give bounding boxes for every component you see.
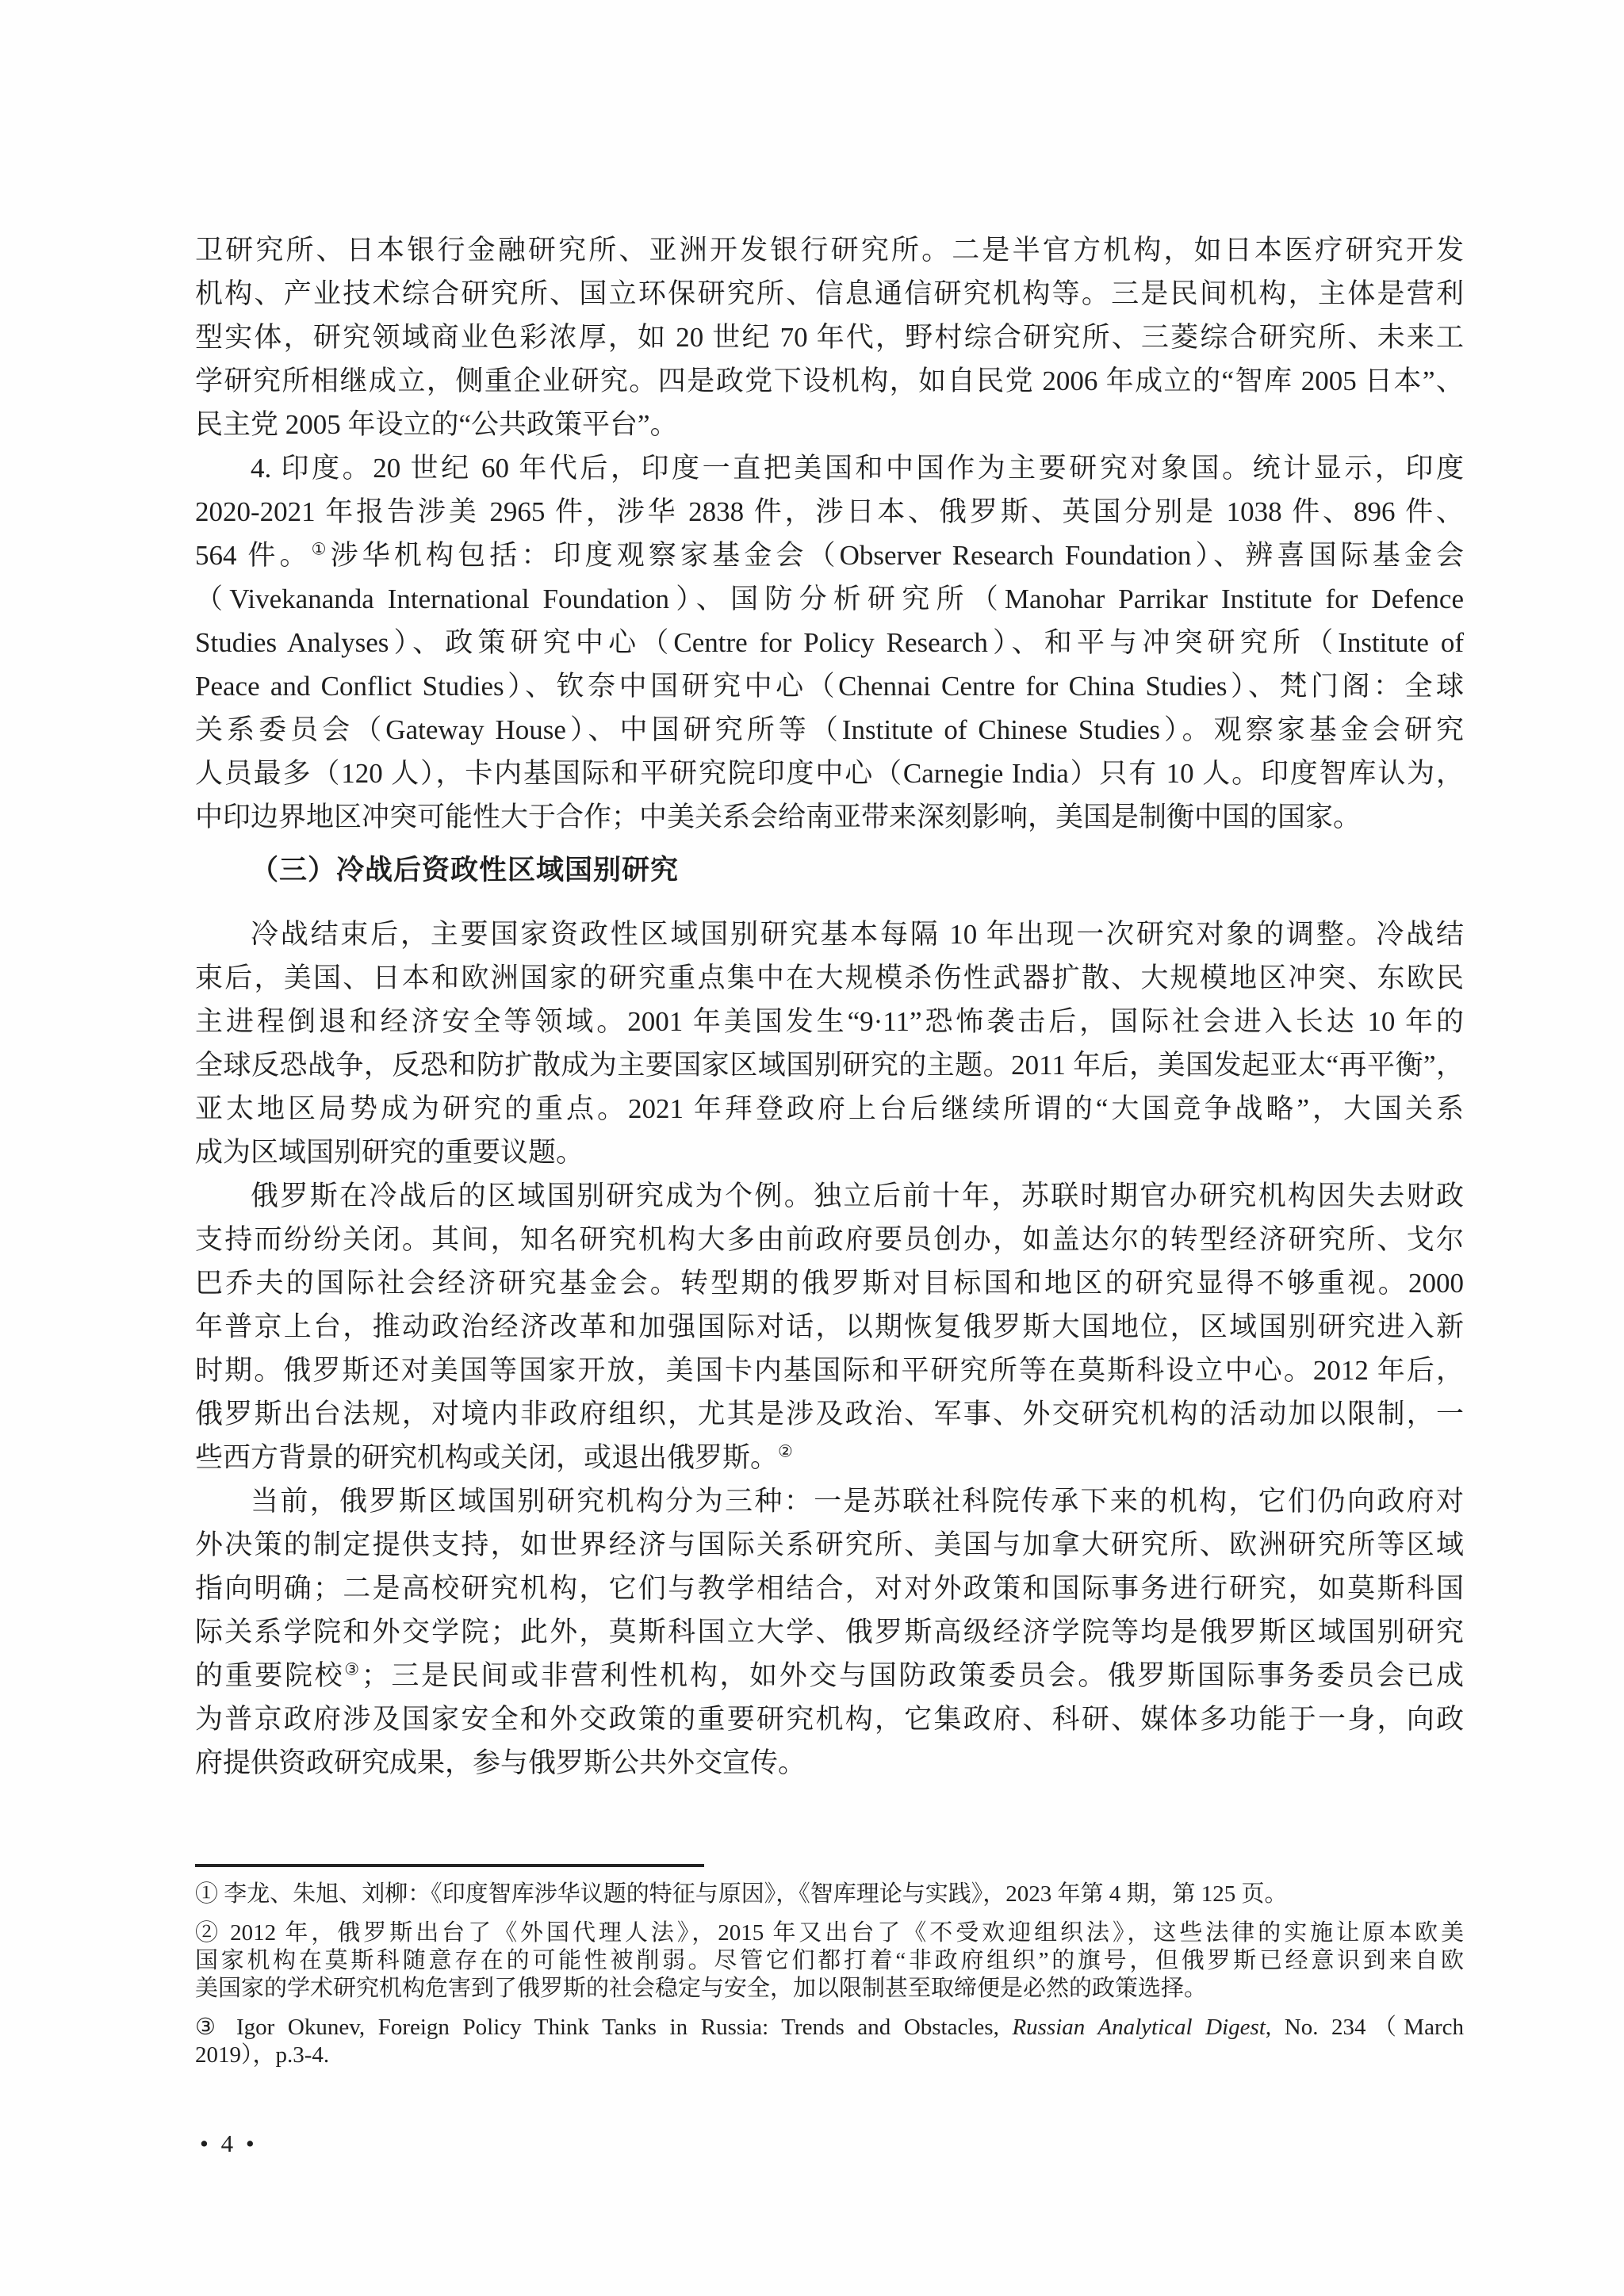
body-line: 564 件。①涉华机构包括：印度观察家基金会（Observer Research… bbox=[195, 534, 1464, 577]
body-text: 卫研究所、日本银行金融研究所、亚洲开发银行研究所。二是半官方机构，如日本医疗研究… bbox=[195, 228, 1464, 1785]
footnote-ref-superscript: ③ bbox=[344, 1659, 361, 1678]
page-number: • 4 • bbox=[200, 2130, 258, 2158]
body-line: 关系委员会（Gateway House）、中国研究所等（Institute of… bbox=[195, 708, 1464, 752]
footnote-line: ③ Igor Okunev, Foreign Policy Think Tank… bbox=[195, 2014, 1464, 2042]
body-line: 中印边界地区冲突可能性大于合作；中美关系会给南亚带来深刻影响，美国是制衡中国的国… bbox=[195, 795, 1464, 839]
body-line: 俄罗斯出台法规，对境内非政府组织，尤其是涉及政治、军事、外交研究机构的活动加以限… bbox=[195, 1392, 1464, 1436]
body-line: 际关系学院和外交学院；此外，莫斯科国立大学、俄罗斯高级经济学院等均是俄罗斯区域国… bbox=[195, 1610, 1464, 1654]
body-line: Peace and Conflict Studies）、钦奈中国研究中心（Che… bbox=[195, 664, 1464, 708]
footnotes: ① 李龙、朱旭、刘柳：《印度智库涉华议题的特征与原因》，《智库理论与实践》，20… bbox=[195, 1881, 1464, 2080]
body-line: 民主党 2005 年设立的“公共政策平台”。 bbox=[195, 403, 1464, 446]
footnote-line: ① 李龙、朱旭、刘柳：《印度智库涉华议题的特征与原因》，《智库理论与实践》，20… bbox=[195, 1881, 1464, 1908]
footnote-line: 美国家的学术研究机构危害到了俄罗斯的社会稳定与安全，加以限制甚至取缔便是必然的政… bbox=[195, 1975, 1464, 2003]
body-line: 机构、产业技术综合研究所、国立环保研究所、信息通信研究机构等。三是民间机构，主体… bbox=[195, 272, 1464, 316]
footnote-separator bbox=[195, 1864, 704, 1867]
body-line: 年普京上台，推动政治经济改革和加强国际对话，以期恢复俄罗斯大国地位，区域国别研究… bbox=[195, 1305, 1464, 1349]
body-line: 时期。俄罗斯还对美国等国家开放，美国卡内基国际和平研究所等在莫斯科设立中心。20… bbox=[195, 1349, 1464, 1392]
footnote-ref-superscript: ① bbox=[312, 539, 331, 558]
body-line: 指向明确；二是高校研究机构，它们与教学相结合，对对外政策和国际事务进行研究，如莫… bbox=[195, 1567, 1464, 1610]
text-segment: ③ Igor Okunev, Foreign Policy Think Tank… bbox=[195, 2015, 1012, 2040]
body-line: Studies Analyses）、政策研究中心（Centre for Poli… bbox=[195, 621, 1464, 664]
text-segment: ；三是民间或非营利性机构，如外交与国防政策委员会。俄罗斯国际事务委员会已成 bbox=[362, 1660, 1464, 1691]
text-segment: Russian Analytical Digest bbox=[1012, 2015, 1265, 2040]
text-segment: , No. 234（March bbox=[1266, 2015, 1464, 2040]
body-line: 些西方背景的研究机构或关闭，或退出俄罗斯。② bbox=[195, 1436, 1464, 1479]
body-line: 卫研究所、日本银行金融研究所、亚洲开发银行研究所。二是半官方机构，如日本医疗研究… bbox=[195, 228, 1464, 272]
body-line: 为普京政府涉及国家安全和外交政策的重要研究机构，它集政府、科研、媒体多功能于一身… bbox=[195, 1697, 1464, 1741]
text-segment: 些西方背景的研究机构或关闭，或退出俄罗斯。 bbox=[195, 1442, 778, 1473]
section-heading: （三）冷战后资政性区域国别研究 bbox=[195, 848, 1464, 892]
footnote-ref-superscript: ② bbox=[778, 1441, 793, 1460]
body-line: 束后，美国、日本和欧洲国家的研究重点集中在大规模杀伤性武器扩散、大规模地区冲突、… bbox=[195, 956, 1464, 1000]
footnote-entry: ③ Igor Okunev, Foreign Policy Think Tank… bbox=[195, 2014, 1464, 2069]
body-line: 的重要院校③；三是民间或非营利性机构，如外交与国防政策委员会。俄罗斯国际事务委员… bbox=[195, 1654, 1464, 1697]
body-line: 巴乔夫的国际社会经济研究基金会。转型期的俄罗斯对目标国和地区的研究显得不够重视。… bbox=[195, 1261, 1464, 1305]
footnote-line: 2019），p.3-4. bbox=[195, 2042, 1464, 2069]
body-line: 成为区域国别研究的重要议题。 bbox=[195, 1131, 1464, 1174]
body-line: 全球反恐战争，反恐和防扩散成为主要国家区域国别研究的主题。2011 年后，美国发… bbox=[195, 1043, 1464, 1087]
body-line: 当前，俄罗斯区域国别研究机构分为三种：一是苏联社科院传承下来的机构，它们仍向政府… bbox=[195, 1479, 1464, 1523]
body-line: 2020-2021 年报告涉美 2965 件，涉华 2838 件，涉日本、俄罗斯… bbox=[195, 490, 1464, 534]
text-segment: 涉华机构包括：印度观察家基金会（Observer Research Founda… bbox=[331, 540, 1464, 571]
body-line: 外决策的制定提供支持，如世界经济与国际关系研究所、美国与加拿大研究所、欧洲研究所… bbox=[195, 1523, 1464, 1567]
body-line: （Vivekananda International Foundation）、国… bbox=[195, 577, 1464, 621]
body-line: 亚太地区局势成为研究的重点。2021 年拜登政府上台后继续所谓的“大国竞争战略”… bbox=[195, 1087, 1464, 1131]
body-line: 4. 印度。20 世纪 60 年代后，印度一直把美国和中国作为主要研究对象国。统… bbox=[195, 446, 1464, 490]
text-segment: 的重要院校 bbox=[195, 1660, 344, 1691]
body-line: 支持而纷纷关闭。其间，知名研究机构大多由前政府要员创办，如盖达尔的转型经济研究所… bbox=[195, 1218, 1464, 1261]
body-line: 俄罗斯在冷战后的区域国别研究成为个例。独立后前十年，苏联时期官办研究机构因失去财… bbox=[195, 1174, 1464, 1218]
footnote-entry: ① 李龙、朱旭、刘柳：《印度智库涉华议题的特征与原因》，《智库理论与实践》，20… bbox=[195, 1881, 1464, 1908]
text-segment: 564 件。 bbox=[195, 540, 312, 571]
page: 卫研究所、日本银行金融研究所、亚洲开发银行研究所。二是半官方机构，如日本医疗研究… bbox=[0, 0, 1624, 2296]
body-line: 型实体，研究领域商业色彩浓厚，如 20 世纪 70 年代，野村综合研究所、三菱综… bbox=[195, 316, 1464, 359]
body-line: 冷战结束后，主要国家资政性区域国别研究基本每隔 10 年出现一次研究对象的调整。… bbox=[195, 913, 1464, 956]
body-line: 人员最多（120 人），卡内基国际和平研究院印度中心（Carnegie Indi… bbox=[195, 752, 1464, 795]
footnote-entry: ② 2012 年，俄罗斯出台了《外国代理人法》，2015 年又出台了《不受欢迎组… bbox=[195, 1919, 1464, 2003]
body-line: 主进程倒退和经济安全等领域。2001 年美国发生“9·11”恐怖袭击后，国际社会… bbox=[195, 1000, 1464, 1043]
footnote-line: 国家机构在莫斯科随意存在的可能性被削弱。尽管它们都打着“非政府组织”的旗号，但俄… bbox=[195, 1947, 1464, 1975]
body-line: 府提供资政研究成果，参与俄罗斯公共外交宣传。 bbox=[195, 1741, 1464, 1785]
footnote-line: ② 2012 年，俄罗斯出台了《外国代理人法》，2015 年又出台了《不受欢迎组… bbox=[195, 1919, 1464, 1947]
body-line: 学研究所相继成立，侧重企业研究。四是政党下设机构，如自民党 2006 年成立的“… bbox=[195, 359, 1464, 403]
